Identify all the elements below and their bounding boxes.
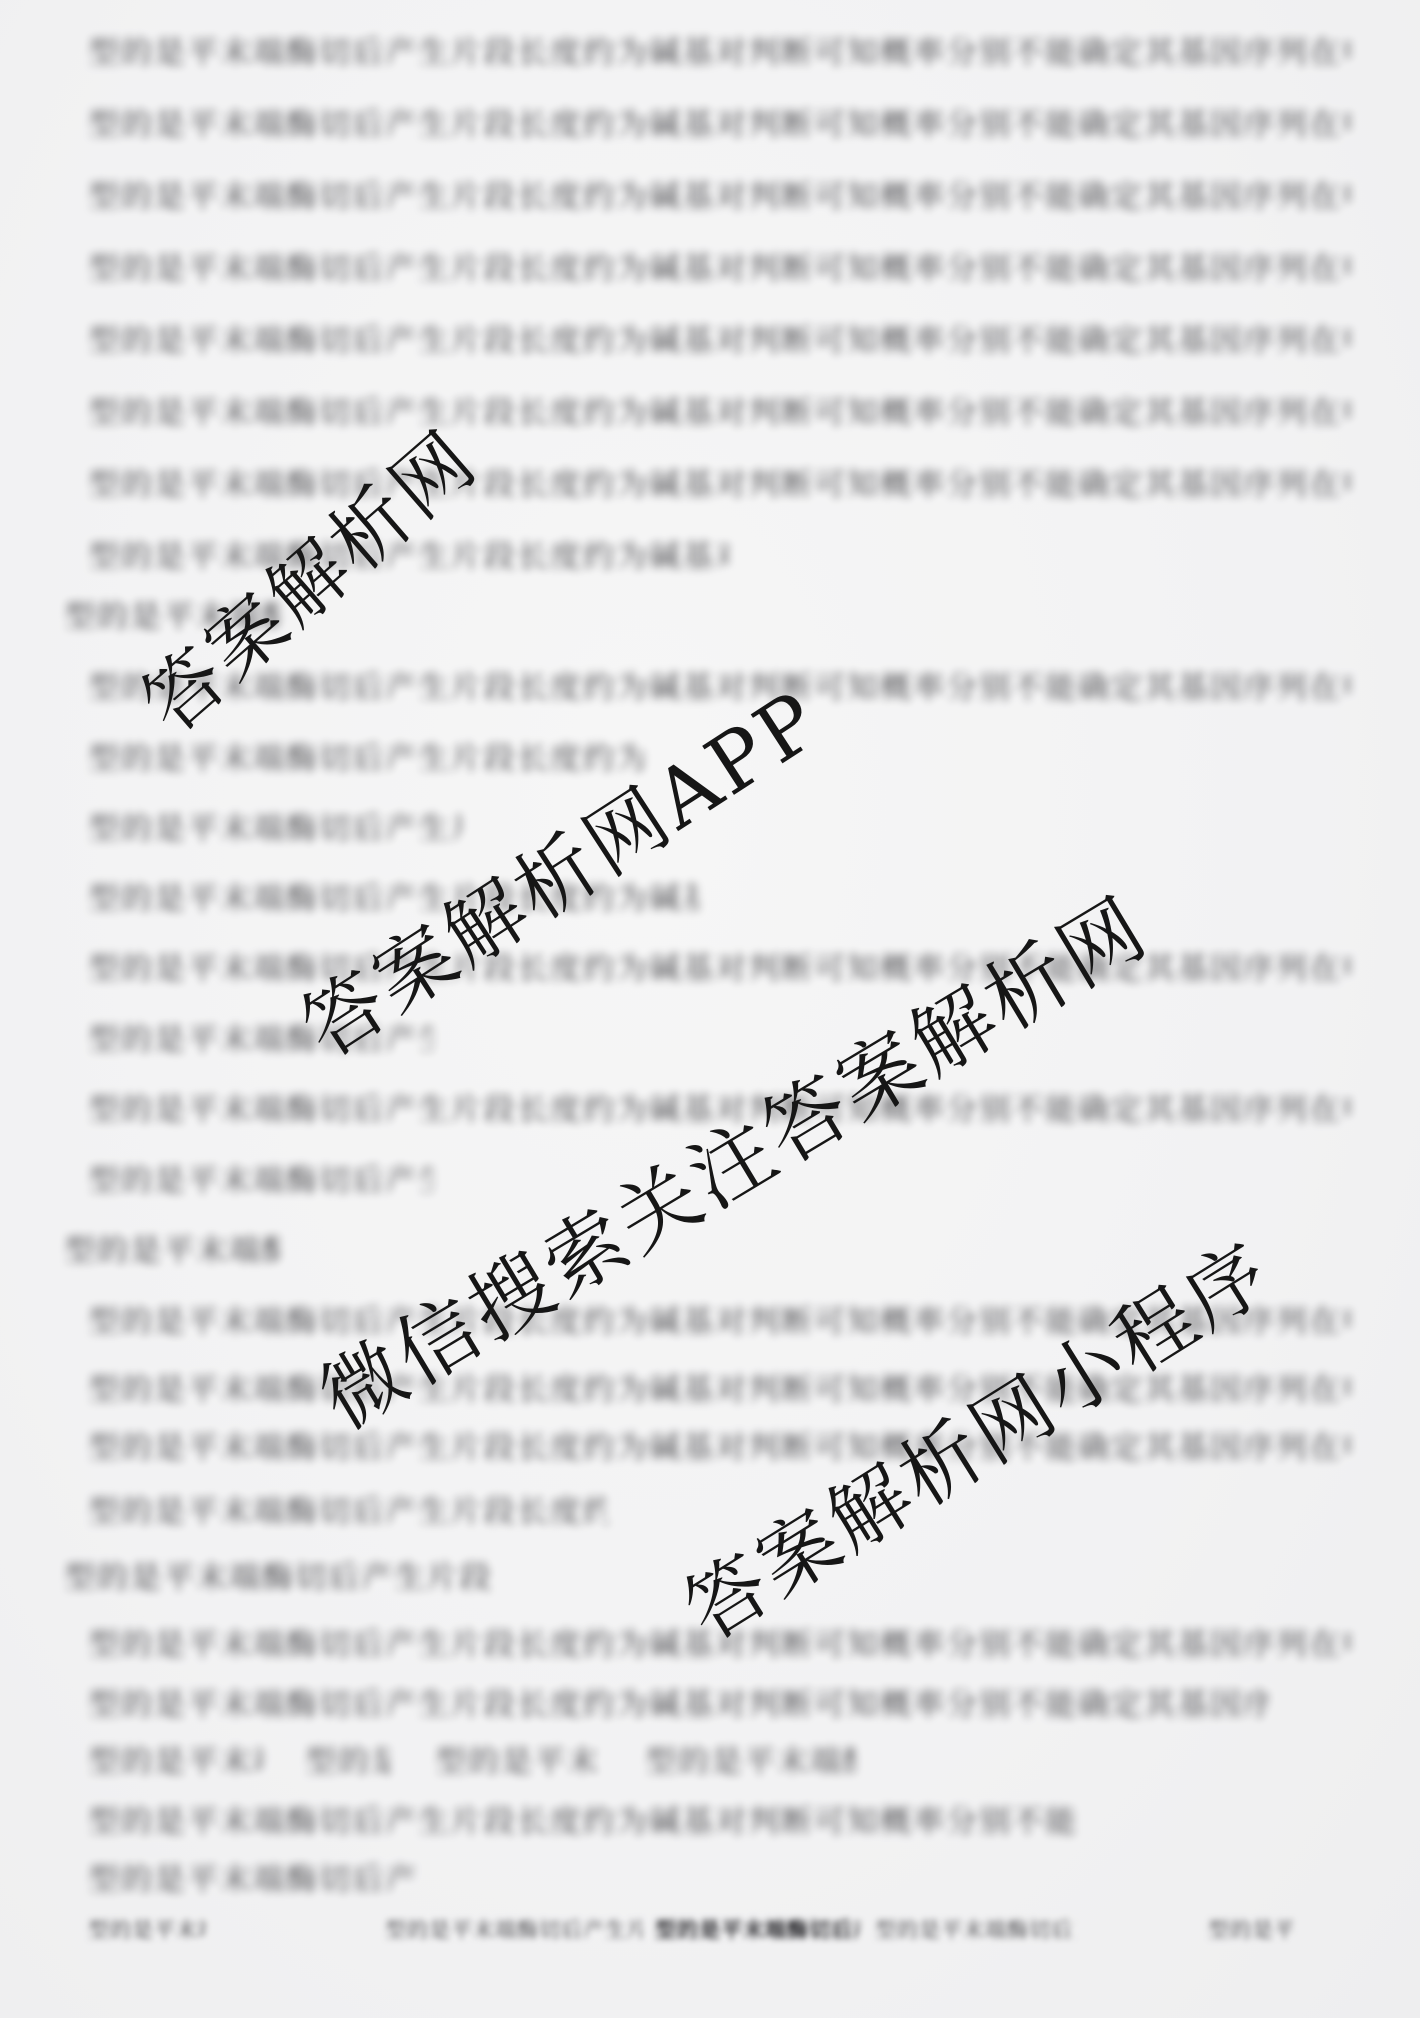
blurred-text-line: 型的是平末端酶切后产生片段长度约为碱基对判断可知概率分别不能确定其基因序列在电泳… (88, 103, 1352, 147)
blurred-text-line: 型的是平末端酶切后产生片段长度约 (88, 807, 463, 851)
watermark-text: 答案解析网APP (276, 657, 840, 1079)
blurred-text-line: 型的是平末端酶切后产生片段长度约为碱基对判断可知概率分别不能确定其基因序列在电 (88, 1800, 1078, 1844)
footer-text: 型的是平末端酶 (88, 1916, 206, 1944)
blurred-text-line: 型的是平末端酶切后产生片段长度约为碱基对判断可知概率分别不能确定其基因序列在电泳… (88, 1683, 1268, 1727)
blurred-text-line: 型的是平末端酶切后产 (645, 1740, 855, 1784)
numbered-item-line: 型的是平末端酶切后产 (64, 1229, 279, 1273)
blurred-text-line: 型的是平末端酶切后产生片段长度约为碱基对判断可知概率分别不能确定其基因序列在电泳… (88, 1426, 1352, 1470)
footer-text: 型的是平末端酶切后产生片 (385, 1916, 643, 1944)
blurred-text-line: 型的是平末端酶切后产生片段长度约为碱基对判断可知概率分别不能确定其基因序列在电泳… (88, 391, 1352, 435)
blurred-text-line: 型的是平末端酶切后 (88, 1740, 263, 1784)
blurred-text-line: 型的是平末端酶切后产生片段长度约为碱基对判断 (88, 1490, 608, 1534)
blurred-text-line: 型的是平末端酶切后产生片段长度约为碱基对判断可知概率分别不能确定其基因序列在电泳… (88, 175, 1352, 219)
blurred-text-line: 型的是平末端酶切后产生片段长度约为碱基对判断可知概率分别不能确定其基因序列在电泳… (88, 463, 1352, 507)
numbered-item-line: 型的是平末端酶切后产生片段长度约为碱 (64, 1556, 494, 1600)
blurred-text-line: 型的是平末端酶切后产生片段长度约为碱基对判断可 (88, 737, 643, 781)
page-reference-text: 型的是平末端 (1208, 1916, 1292, 1944)
blurred-text-line: 型的是平末端酶切后产生片段长度约为碱基对判断可知概率分别不能确定其基因序列在电泳… (88, 31, 1352, 75)
footer-text: 型的是平末端酶切后产 (875, 1916, 1075, 1944)
blurred-text-line: 型的是平末端酶切后 (435, 1740, 600, 1784)
blurred-text-line: 型的是平末端 (305, 1740, 390, 1784)
blurred-text-line: 型的是平末端酶切后产生片段长度约为碱基对判断可知概率分别不能确定其基因序列在电泳… (88, 247, 1352, 291)
blurred-text-line: 型的是平末端酶切后产生片段长度约为碱基对判断可知概率分别不能确定其基因序列在电泳… (88, 319, 1352, 363)
blurred-text-line: 型的是平末端酶切后产生片段长度 (88, 1159, 433, 1203)
footer-text: 型的是平末端酶切后产 (655, 1916, 860, 1944)
document-page: 型的是平末端酶切后产生片段长度约为碱基对判断可知概率分别不能确定其基因序列在电泳… (0, 0, 1420, 2018)
blurred-text-line: 型的是平末端酶切后产生片段长度 (88, 1858, 418, 1902)
